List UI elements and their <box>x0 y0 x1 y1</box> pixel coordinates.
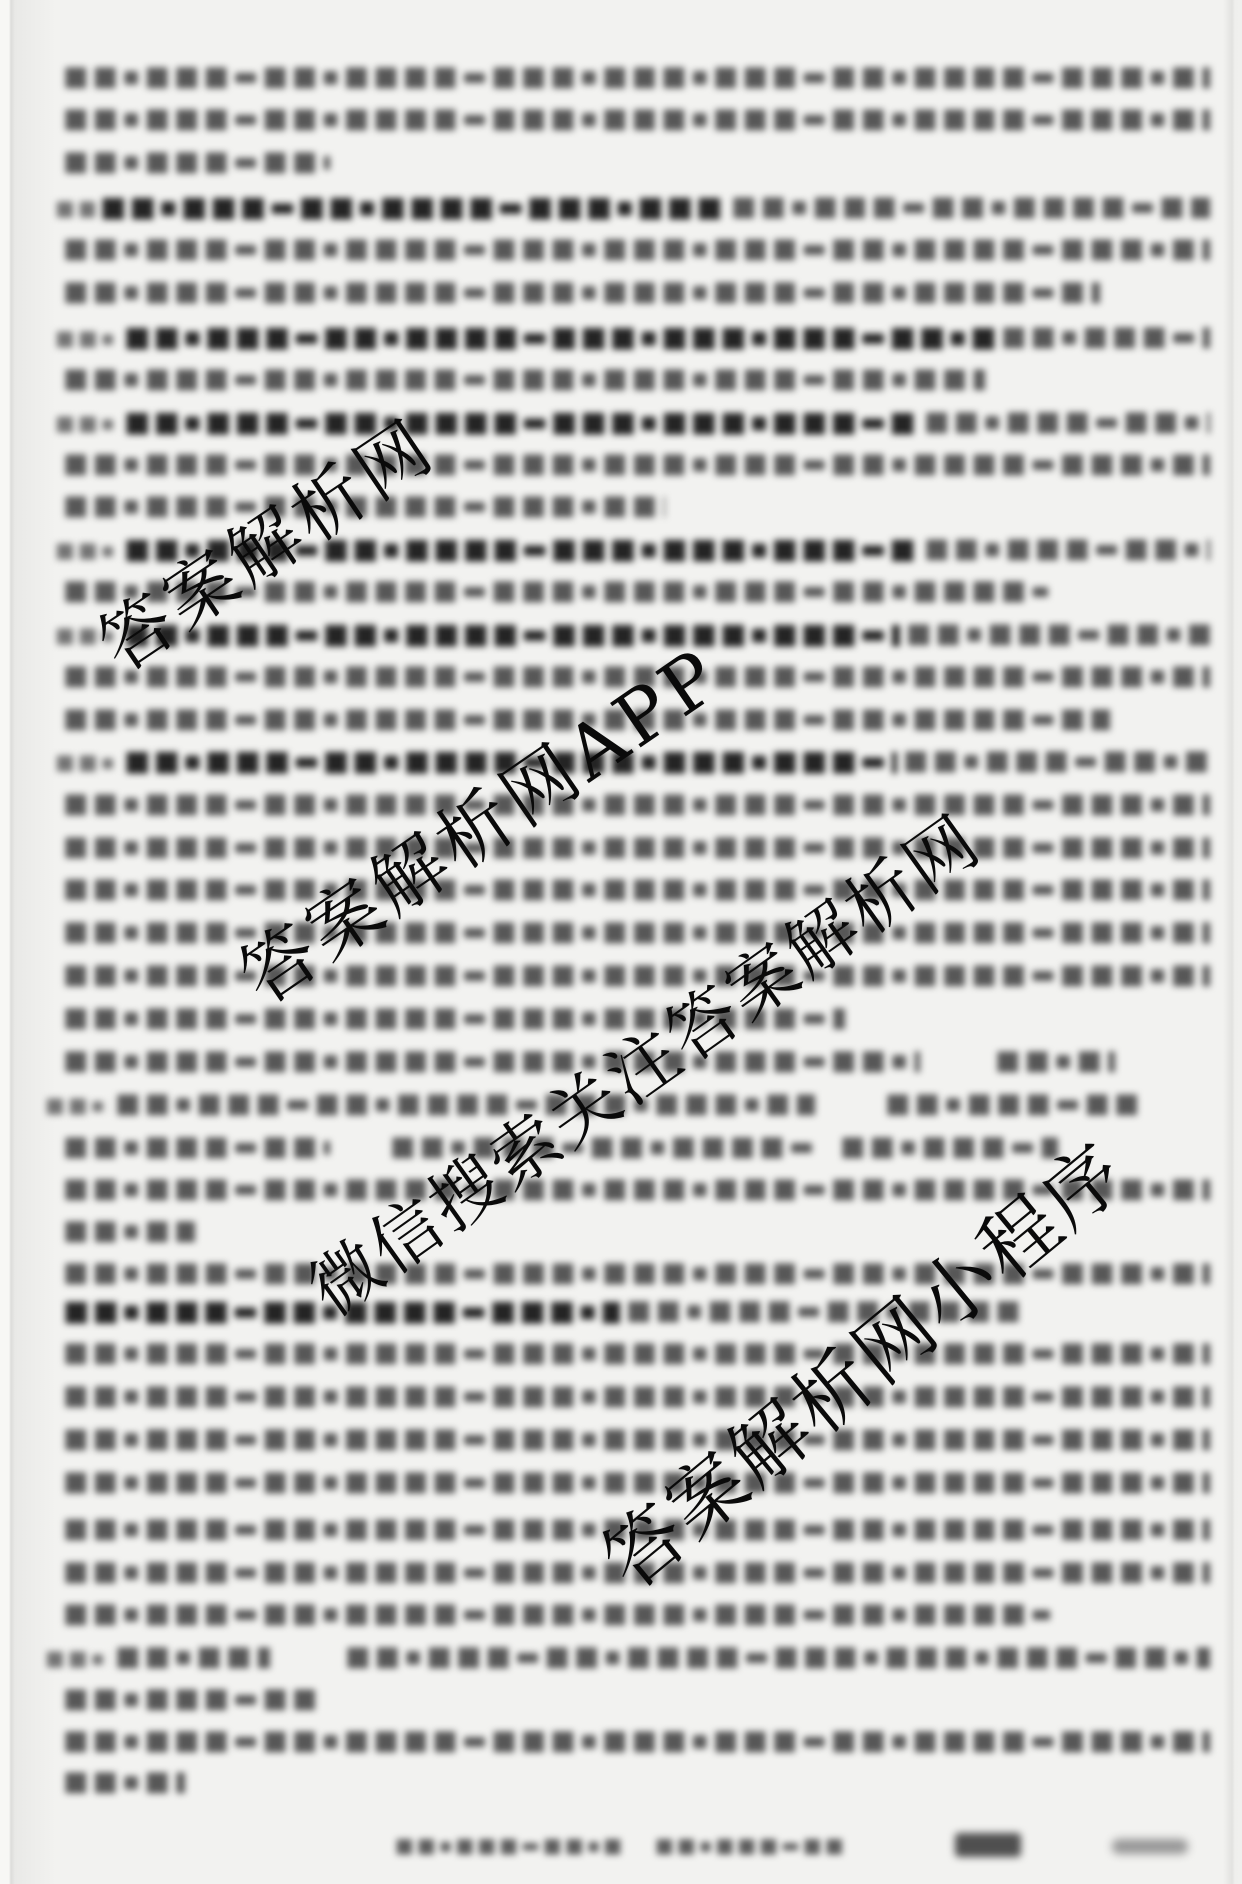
blurred-item-number: ■■▪■■■▬■■▪■■■■▬■■■▪■■■▪■■■▬■■▪■■■■▬■■■▪■… <box>45 1642 110 1674</box>
blurred-text-line: ■■▪■■■▬■■▪■■■■▬■■■▪■■■▪■■■▬■■▪■■■■▬■■■▪■… <box>0 322 1242 354</box>
blurred-text-segment: ■■▪■■■▬■■▪■■■■▬■■■▪■■■▪■■■▬■■▪■■■■▬■■■▪■… <box>63 1132 330 1164</box>
blurred-text-line: ■■▪■■■▬■■▪■■■■▬■■■▪■■■▪■■■▬■■▪■■■■▬■■■▪■… <box>0 364 1242 396</box>
blurred-text-line: ■■▪■■■▬■■▪■■■■▬■■■▪■■■▪■■■▬■■▪■■■■▬■■■▪■… <box>0 1599 1242 1631</box>
blurred-text-line: ■■▪■■■▬■■▪■■■■▬■■■▪■■■▪■■■▬■■▪■■■■▬■■■▪■… <box>0 277 1242 309</box>
blurred-text-line: ■■▪■■■▬■■▪■■■■▬■■■▪■■■▪■■■▬■■▪■■■■▬■■■▪■… <box>0 874 1242 906</box>
footer-page-number-blob <box>1112 1839 1188 1854</box>
blurred-text-line: ■■▪■■■▬■■▪■■■■▬■■■▪■■■▪■■■▬■■▪■■■■▬■■■▪■… <box>0 789 1242 821</box>
blurred-text-segment: ■■▪■■■▬■■▪■■■■▬■■■▪■■■▪■■■▬■■▪■■■■▬■■■▪■… <box>63 1767 185 1799</box>
blurred-footer-caption: ■■▪■■■▬■■▪■■■■▬■■■▪■■■▪■■■▬■■▪■■■■▬■■■▪■… <box>395 1833 624 1859</box>
blurred-text-line: ■■▪■■■▬■■▪■■■■▬■■■▪■■■▪■■■▬■■▪■■■■▬■■■▪■… <box>0 1767 1242 1799</box>
blurred-text-line: ■■▪■■■▬■■▪■■■■▬■■■▪■■■▪■■■▬■■▪■■■■▬■■■▪■… <box>0 192 1242 224</box>
blurred-bold-segment: ■■▪■■■▬■■▪■■■■▬■■■▪■■■▪■■■▬■■▪■■■■▬■■■▪■… <box>124 322 995 354</box>
blurred-text-segment: ■■▪■■■▬■■▪■■■■▬■■■▪■■■▪■■■▬■■▪■■■■▬■■■▪■… <box>63 147 330 179</box>
blurred-text-segment: ■■▪■■■▬■■▪■■■■▬■■■▪■■■▪■■■▬■■▪■■■■▬■■■▪■… <box>115 1089 815 1121</box>
blurred-text-segment: ■■▪■■■▬■■▪■■■■▬■■■▪■■■▪■■■▬■■▪■■■■▬■■■▪■… <box>345 1642 1210 1674</box>
blurred-item-number: ■■▪■■■▬■■▪■■■■▬■■■▪■■■▪■■■▬■■▪■■■■▬■■■▪■… <box>55 534 118 566</box>
blurred-footer-caption: ■■▪■■■▬■■▪■■■■▬■■■▪■■■▪■■■▬■■▪■■■■▬■■■▪■… <box>655 1833 848 1859</box>
blurred-text-segment: ■■▪■■■▬■■▪■■■■▬■■■▪■■■▪■■■▬■■▪■■■■▬■■■▪■… <box>63 449 1210 481</box>
blurred-text-segment: ■■▪■■■▬■■▪■■■■▬■■■▪■■■▪■■■▬■■▪■■■■▬■■■▪■… <box>63 234 1210 266</box>
blurred-text-line: ■■▪■■■▬■■▪■■■■▬■■■▪■■■▪■■■▬■■▪■■■■▬■■■▪■… <box>0 1296 1242 1328</box>
footer-dark-badge <box>955 1833 1021 1857</box>
blurred-text-line: ■■▪■■■▬■■▪■■■■▬■■■▪■■■▪■■■▬■■▪■■■■▬■■■▪■… <box>0 1726 1242 1758</box>
blurred-text-segment: ■■▪■■■▬■■▪■■■■▬■■■▪■■■▪■■■▬■■▪■■■■▬■■■▪■… <box>995 1046 1115 1078</box>
blurred-text-segment: ■■▪■■■▬■■▪■■■■▬■■■▪■■■▪■■■▬■■▪■■■■▬■■■▪■… <box>63 1046 920 1078</box>
blurred-text-line: ■■▪■■■▬■■▪■■■■▬■■■▪■■■▪■■■▬■■▪■■■■▬■■■▪■… <box>0 1642 1242 1674</box>
scanned-answer-page: ■■▪■■■▬■■▪■■■■▬■■■▪■■■▪■■■▬■■▪■■■■▬■■■▪■… <box>0 0 1242 1884</box>
blurred-text-line: ■■▪■■■▬■■▪■■■■▬■■■▪■■■▪■■■▬■■▪■■■■▬■■■▪■… <box>0 960 1242 992</box>
blurred-text-segment: ■■▪■■■▬■■▪■■■■▬■■■▪■■■▪■■■▬■■▪■■■■▬■■■▪■… <box>63 1216 195 1248</box>
blurred-item-number: ■■▪■■■▬■■▪■■■■▬■■■▪■■■▪■■■▬■■▪■■■■▬■■■▪■… <box>55 322 118 354</box>
blurred-text-segment: ■■▪■■■▬■■▪■■■■▬■■■▪■■■▪■■■▬■■▪■■■■▬■■■▪■… <box>63 104 1210 136</box>
blurred-text-segment: ■■▪■■■▬■■▪■■■■▬■■■▪■■■▪■■■▬■■▪■■■■▬■■■▪■… <box>63 62 1210 94</box>
blurred-text-line: ■■▪■■■▬■■▪■■■■▬■■■▪■■■▪■■■▬■■▪■■■■▬■■■▪■… <box>0 832 1242 864</box>
blurred-text-segment: ■■▪■■■▬■■▪■■■■▬■■■▪■■■▪■■■▬■■▪■■■■▬■■■▪■… <box>885 1089 1140 1121</box>
blurred-text-line: ■■▪■■■▬■■▪■■■■▬■■■▪■■■▪■■■▬■■▪■■■■▬■■■▪■… <box>0 449 1242 481</box>
blurred-text-segment: ■■▪■■■▬■■▪■■■■▬■■■▪■■■▪■■■▬■■▪■■■■▬■■■▪■… <box>63 277 1100 309</box>
blurred-text-segment: ■■▪■■■▬■■▪■■■■▬■■■▪■■■▪■■■▬■■▪■■■■▬■■■▪■… <box>63 1381 1210 1413</box>
blurred-text-segment: ■■▪■■■▬■■▪■■■■▬■■■▪■■■▪■■■▬■■▪■■■■▬■■■▪■… <box>115 1642 270 1674</box>
blurred-text-line: ■■▪■■■▬■■▪■■■■▬■■■▪■■■▪■■■▬■■▪■■■■▬■■■▪■… <box>0 147 1242 179</box>
blurred-bold-segment: ■■▪■■■▬■■▪■■■■▬■■■▪■■■▪■■■▬■■▪■■■■▬■■■▪■… <box>100 192 725 224</box>
blurred-text-segment: ■■▪■■■▬■■▪■■■■▬■■■▪■■■▪■■■▬■■▪■■■■▬■■■▪■… <box>63 832 1210 864</box>
blurred-text-segment: ■■▪■■■▬■■▪■■■■▬■■■▪■■■▪■■■▬■■▪■■■■▬■■■▪■… <box>903 746 1210 778</box>
blurred-item-number: ■■▪■■■▬■■▪■■■■▬■■■▪■■■▪■■■▬■■▪■■■■▬■■■▪■… <box>55 746 118 778</box>
blurred-text-line: ■■▪■■■▬■■▪■■■■▬■■■▪■■■▪■■■▬■■▪■■■■▬■■■▪■… <box>0 234 1242 266</box>
blurred-text-segment: ■■▪■■■▬■■▪■■■■▬■■■▪■■■▪■■■▬■■▪■■■■▬■■■▪■… <box>924 534 1210 566</box>
blurred-item-number: ■■▪■■■▬■■▪■■■■▬■■■▪■■■▪■■■▬■■▪■■■■▬■■■▪■… <box>45 1089 110 1121</box>
blurred-bold-segment: ■■▪■■■▬■■▪■■■■▬■■■▪■■■▪■■■▬■■▪■■■■▬■■■▪■… <box>124 407 918 439</box>
blurred-text-segment: ■■▪■■■▬■■▪■■■■▬■■■▪■■■▪■■■▬■■▪■■■■▬■■■▪■… <box>63 1726 1210 1758</box>
blurred-text-segment: ■■▪■■■▬■■▪■■■■▬■■■▪■■■▪■■■▬■■▪■■■■▬■■■▪■… <box>63 1424 1210 1456</box>
blurred-text-segment: ■■▪■■■▬■■▪■■■■▬■■■▪■■■▪■■■▬■■▪■■■■▬■■■▪■… <box>906 619 1210 651</box>
blurred-text-segment: ■■▪■■■▬■■▪■■■■▬■■■▪■■■▪■■■▬■■▪■■■■▬■■■▪■… <box>63 364 985 396</box>
blurred-text-segment: ■■▪■■■▬■■▪■■■■▬■■■▪■■■▪■■■▬■■▪■■■■▬■■■▪■… <box>731 192 1210 224</box>
blurred-item-number: ■■▪■■■▬■■▪■■■■▬■■■▪■■■▪■■■▬■■▪■■■■▬■■■▪■… <box>55 407 118 439</box>
blurred-text-line: ■■▪■■■▬■■▪■■■■▬■■■▪■■■▪■■■▬■■▪■■■■▬■■■▪■… <box>0 491 1242 523</box>
blurred-text-line: ■■▪■■■▬■■▪■■■■▬■■■▪■■■▪■■■▬■■▪■■■■▬■■■▪■… <box>0 1338 1242 1370</box>
blurred-text-segment: ■■▪■■■▬■■▪■■■■▬■■■▪■■■▪■■■▬■■▪■■■■▬■■■▪■… <box>924 407 1210 439</box>
blurred-text-segment: ■■▪■■■▬■■▪■■■■▬■■■▪■■■▪■■■▬■■▪■■■■▬■■■▪■… <box>63 1599 1050 1631</box>
blurred-item-number: ■■▪■■■▬■■▪■■■■▬■■■▪■■■▪■■■▬■■▪■■■■▬■■■▪■… <box>55 192 95 224</box>
blurred-text-line: ■■▪■■■▬■■▪■■■■▬■■■▪■■■▪■■■▬■■▪■■■■▬■■■▪■… <box>0 1684 1242 1716</box>
blurred-text-segment: ■■▪■■■▬■■▪■■■■▬■■■▪■■■▪■■■▬■■▪■■■■▬■■■▪■… <box>63 789 1210 821</box>
blurred-text-line: ■■▪■■■▬■■▪■■■■▬■■■▪■■■▪■■■▬■■▪■■■■▬■■■▪■… <box>0 104 1242 136</box>
blurred-text-segment: ■■▪■■■▬■■▪■■■■▬■■■▪■■■▪■■■▬■■▪■■■■▬■■■▪■… <box>63 1684 320 1716</box>
blurred-bold-segment: ■■▪■■■▬■■▪■■■■▬■■■▪■■■▪■■■▬■■▪■■■■▬■■■▪■… <box>124 619 900 651</box>
blurred-text-line: ■■▪■■■▬■■▪■■■■▬■■■▪■■■▪■■■▬■■▪■■■■▬■■■▪■… <box>0 917 1242 949</box>
blurred-text-line: ■■▪■■■▬■■▪■■■■▬■■■▪■■■▪■■■▬■■▪■■■■▬■■■▪■… <box>0 1381 1242 1413</box>
blurred-text-segment: ■■▪■■■▬■■▪■■■■▬■■■▪■■■▪■■■▬■■▪■■■■▬■■■▪■… <box>63 874 1210 906</box>
blurred-text-segment: ■■▪■■■▬■■▪■■■■▬■■■▪■■■▪■■■▬■■▪■■■■▬■■■▪■… <box>1001 322 1210 354</box>
blurred-text-segment: ■■▪■■■▬■■▪■■■■▬■■■▪■■■▪■■■▬■■▪■■■■▬■■■▪■… <box>63 1338 1210 1370</box>
blurred-text-line: ■■▪■■■▬■■▪■■■■▬■■■▪■■■▪■■■▬■■▪■■■■▬■■■▪■… <box>0 1424 1242 1456</box>
blurred-text-line: ■■▪■■■▬■■▪■■■■▬■■■▪■■■▪■■■▬■■▪■■■■▬■■■▪■… <box>0 407 1242 439</box>
blurred-text-line: ■■▪■■■▬■■▪■■■■▬■■■▪■■■▪■■■▬■■▪■■■■▬■■■▪■… <box>0 62 1242 94</box>
